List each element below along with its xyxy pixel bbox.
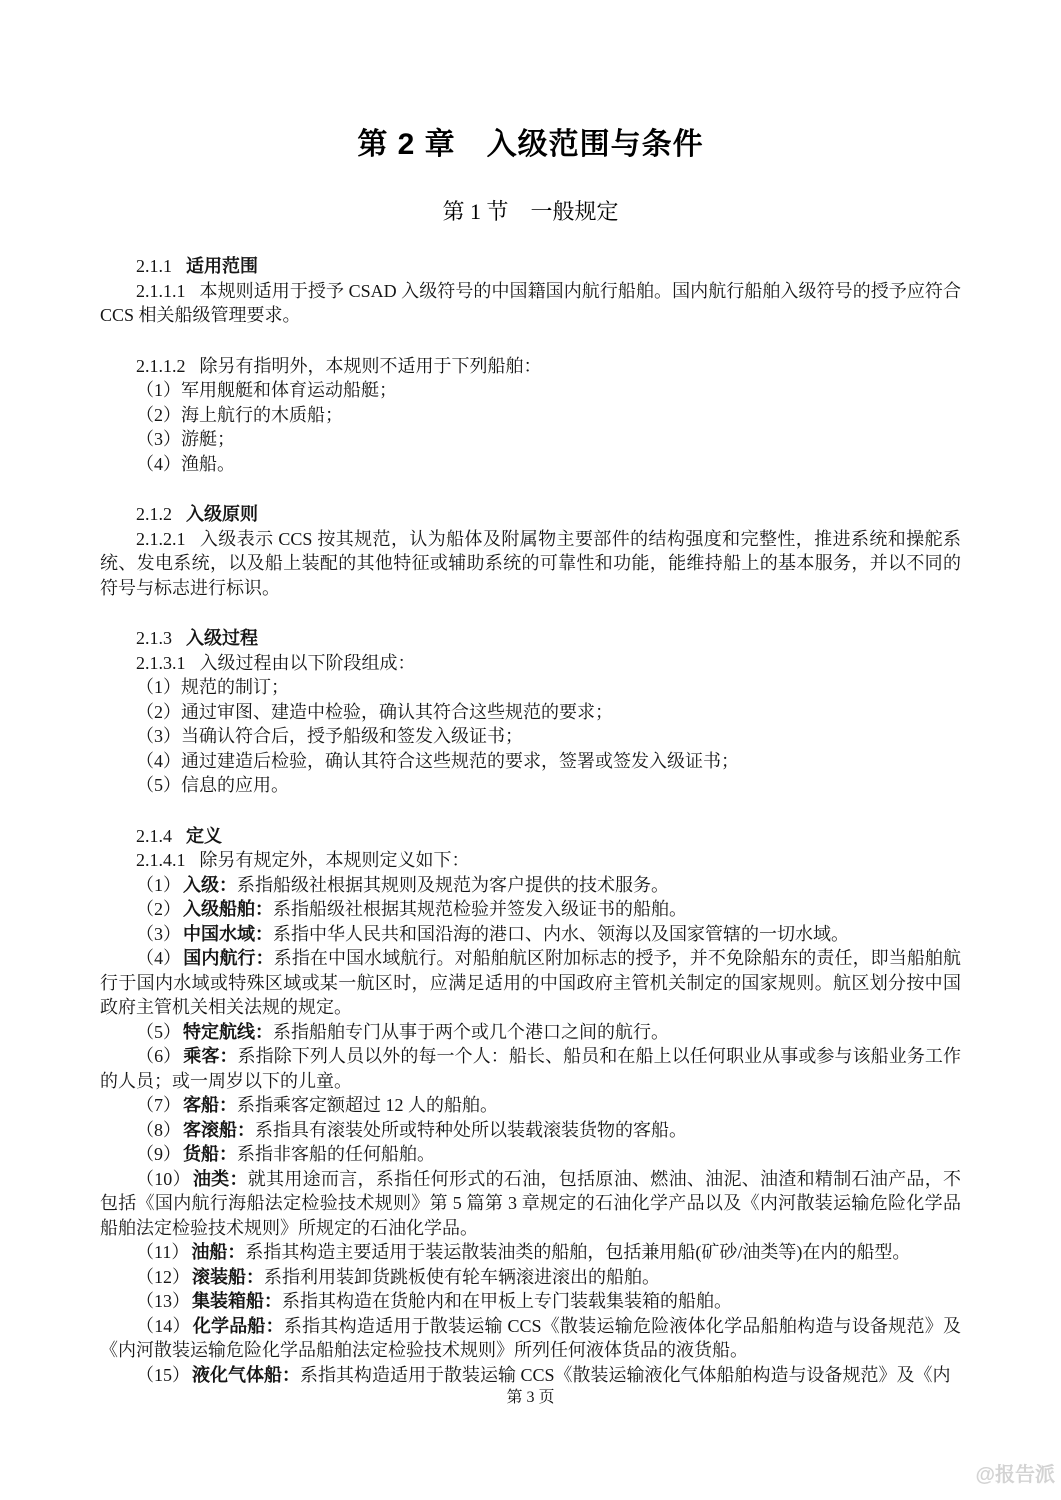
paragraph-text: 除另有规定外，本规则定义如下： [200, 850, 470, 870]
definition-index: （9） [136, 1144, 181, 1164]
definition-item: （9）货船：系指非客船的任何船舶。 [100, 1142, 961, 1167]
clause-paragraph: 2.1.3.1入级过程由以下阶段组成： [100, 651, 961, 676]
definition-term: 乘客： [183, 1046, 237, 1066]
list-item: （2）通过审图、建造中检验，确认其符合这些规范的要求； [100, 700, 961, 725]
definition-term: 滚装船： [192, 1267, 264, 1287]
clause-number: 2.1.1 [136, 256, 172, 276]
definition-item: （7）客船：系指乘客定额超过 12 人的船舶。 [100, 1093, 961, 1118]
definition-term: 中国水域： [183, 924, 273, 944]
definition-index: （15） [136, 1365, 190, 1385]
definition-text: 系指中华人民共和国沿海的港口、内水、领海以及国家管辖的一切水域。 [273, 924, 849, 944]
clause-paragraph: 2.1.2.1入级表示 CCS 按其规范，认为船体及附属物主要部件的结构强度和完… [100, 527, 961, 601]
watermark: @报告派 [975, 1458, 1055, 1487]
definition-text: 系指非客船的任何船舶。 [237, 1144, 435, 1164]
definition-index: （10） [136, 1169, 191, 1189]
list-item: （5）信息的应用。 [100, 773, 961, 798]
definition-item: （1）入级：系指船级社根据其规则及规范为客户提供的技术服务。 [100, 873, 961, 898]
clause-heading: 2.1.2入级原则 [100, 502, 961, 527]
definition-item: （5）特定航线：系指船舶专门从事于两个或几个港口之间的航行。 [100, 1020, 961, 1045]
clause-heading: 2.1.3入级过程 [100, 626, 961, 651]
definition-term: 液化气体船： [192, 1365, 300, 1385]
definition-term: 化学品船： [193, 1316, 284, 1336]
clause-number: 2.1.3.1 [136, 653, 186, 673]
definition-text: 系指具有滚装处所或特种处所以装载滚装货物的客船。 [255, 1120, 687, 1140]
list-item: （2）海上航行的木质船； [100, 403, 961, 428]
clause-number: 2.1.1.2 [136, 356, 186, 376]
definition-item: （14）化学品船：系指其构造适用于散装运输 CCS《散装运输危险液体化学品船舶构… [100, 1314, 961, 1363]
clause-heading: 2.1.1适用范围 [100, 254, 961, 279]
definition-term: 特定航线： [183, 1022, 273, 1042]
definition-index: （5） [136, 1022, 181, 1042]
list-item: （4）渔船。 [100, 452, 961, 477]
clause-number: 2.1.4.1 [136, 850, 186, 870]
clause-heading-text: 入级原则 [186, 504, 258, 524]
section-title: 第 1 节 一般规定 [100, 198, 961, 226]
page-content: 第 2 章 入级范围与条件 第 1 节 一般规定 2.1.1适用范围 2.1.1… [100, 126, 961, 1387]
definition-term: 货船： [183, 1144, 237, 1164]
definition-text: 系指乘客定额超过 12 人的船舶。 [237, 1095, 498, 1115]
paragraph-text: 入级表示 CCS 按其规范，认为船体及附属物主要部件的结构强度和完整性，推进系统… [100, 529, 961, 598]
definition-text: 系指船舶专门从事于两个或几个港口之间的航行。 [273, 1022, 669, 1042]
definition-item: （2）入级船舶：系指船级社根据其规范检验并签发入级证书的船舶。 [100, 897, 961, 922]
list-item: （1）规范的制订； [100, 675, 961, 700]
definition-item: （11）油船：系指其构造主要适用于装运散装油类的船舶，包括兼用船(矿砂/油类等)… [100, 1240, 961, 1265]
definition-index: （1） [136, 875, 181, 895]
definition-term: 入级： [183, 875, 237, 895]
clause-heading-text: 适用范围 [186, 256, 258, 276]
definition-item: （8）客滚船：系指具有滚装处所或特种处所以装载滚装货物的客船。 [100, 1118, 961, 1143]
definition-item: （3）中国水域：系指中华人民共和国沿海的港口、内水、领海以及国家管辖的一切水域。 [100, 922, 961, 947]
clause-heading: 2.1.4定义 [100, 824, 961, 849]
document-page: 第 2 章 入级范围与条件 第 1 节 一般规定 2.1.1适用范围 2.1.1… [0, 0, 1061, 1500]
clause-paragraph: 2.1.4.1除另有规定外，本规则定义如下： [100, 848, 961, 873]
definition-term: 油类： [193, 1169, 248, 1189]
definition-index: （8） [136, 1120, 181, 1140]
clause-number: 2.1.4 [136, 826, 172, 846]
definition-item: （12）滚装船：系指利用装卸货跳板使有轮车辆滚进滚出的船舶。 [100, 1265, 961, 1290]
clause-number: 2.1.2 [136, 504, 172, 524]
clause-heading-text: 定义 [186, 826, 222, 846]
definition-index: （2） [136, 899, 181, 919]
definition-item: （4）国内航行：系指在中国水域航行。对船舶航区附加标志的授予，并不免除船东的责任… [100, 946, 961, 1020]
definition-index: （14） [136, 1316, 191, 1336]
definition-index: （12） [136, 1267, 190, 1287]
definition-text: 系指船级社根据其规则及规范为客户提供的技术服务。 [237, 875, 669, 895]
list-item: （1）军用舰艇和体育运动船艇； [100, 378, 961, 403]
paragraph-text: 本规则适用于授予 CSAD 入级符号的中国籍国内航行船舶。国内航行船舶入级符号的… [100, 281, 961, 326]
definition-index: （4） [136, 948, 181, 968]
page-number: 第 3 页 [0, 1384, 1061, 1407]
definition-term: 客船： [183, 1095, 237, 1115]
clause-paragraph: 2.1.1.2除另有指明外，本规则不适用于下列船舶： [100, 354, 961, 379]
definition-term: 入级船舶： [183, 899, 273, 919]
definition-term: 油船： [191, 1242, 245, 1262]
clause-heading-text: 入级过程 [186, 628, 258, 648]
definition-item: （13）集装箱船：系指其构造在货舱内和在甲板上专门装载集装箱的船舶。 [100, 1289, 961, 1314]
definition-text: 系指其构造在货舱内和在甲板上专门装载集装箱的船舶。 [282, 1291, 732, 1311]
definition-text: 系指利用装卸货跳板使有轮车辆滚进滚出的船舶。 [264, 1267, 660, 1287]
clause-paragraph: 2.1.1.1本规则适用于授予 CSAD 入级符号的中国籍国内航行船舶。国内航行… [100, 279, 961, 328]
definition-index: （13） [136, 1291, 190, 1311]
definition-term: 国内航行： [183, 948, 273, 968]
clause-number: 2.1.2.1 [136, 529, 186, 549]
definition-index: （6） [136, 1046, 181, 1066]
definition-term: 客滚船： [183, 1120, 255, 1140]
definition-text: 系指其构造适用于散装运输 CCS《散装运输液化气体船舶构造与设备规范》及《内 [300, 1365, 951, 1385]
definition-term: 集装箱船： [192, 1291, 282, 1311]
paragraph-text: 除另有指明外，本规则不适用于下列船舶： [200, 356, 542, 376]
definition-text: 系指船级社根据其规范检验并签发入级证书的船舶。 [273, 899, 687, 919]
list-item: （3）当确认符合后，授予船级和签发入级证书； [100, 724, 961, 749]
chapter-title: 第 2 章 入级范围与条件 [100, 126, 961, 164]
list-item: （3）游艇； [100, 427, 961, 452]
clause-number: 2.1.1.1 [136, 281, 186, 301]
list-item: （4）通过建造后检验，确认其符合这些规范的要求，签署或签发入级证书； [100, 749, 961, 774]
definition-text: 系指其构造主要适用于装运散装油类的船舶，包括兼用船(矿砂/油类等)在内的船型。 [245, 1242, 910, 1262]
clause-number: 2.1.3 [136, 628, 172, 648]
definition-item: （6）乘客：系指除下列人员以外的每一个人：船长、船员和在船上以任何职业从事或参与… [100, 1044, 961, 1093]
definition-item: （10）油类：就其用途而言，系指任何形式的石油，包括原油、燃油、油泥、油渣和精制… [100, 1167, 961, 1241]
definition-index: （3） [136, 924, 181, 944]
paragraph-text: 入级过程由以下阶段组成： [200, 653, 416, 673]
definition-index: （11） [136, 1242, 189, 1262]
definition-index: （7） [136, 1095, 181, 1115]
